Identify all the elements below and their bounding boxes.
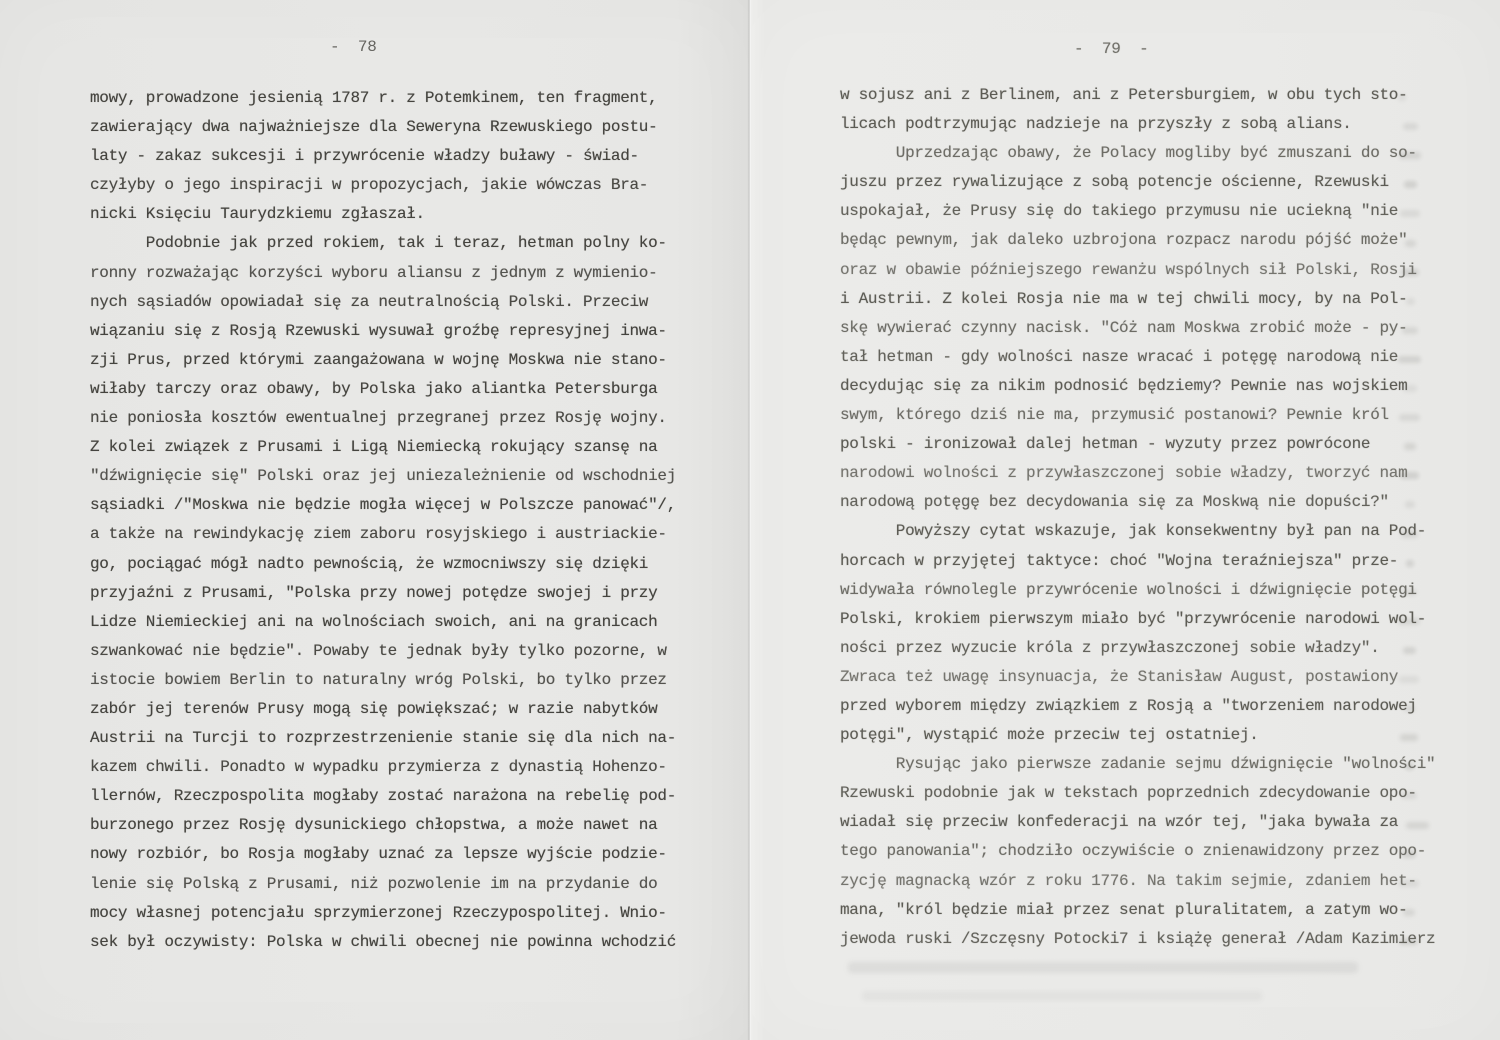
bleed-through-mark [1404,443,1416,450]
text-line: oraz w obawie późniejszego rewanżu wspól… [840,256,1435,285]
text-line: ności przez wyzucie króla z przywłaszczo… [840,634,1435,663]
text-line: jewoda ruski /Szczęsny Potocki7 i książę… [840,925,1435,954]
text-line: wiłaby tarczy oraz obawy, by Polska jako… [90,375,676,404]
text-line: Uprzedzając obawy, że Polacy mogliby być… [840,139,1435,168]
bleed-through-mark [1398,880,1419,887]
text-line: sek był oczywisty: Polska w chwili obecn… [90,928,676,957]
bleed-through-mark [1399,676,1419,683]
bleed-through-mark [1398,356,1421,363]
text-line: nowy rozbiór, bo Rosja mogłaby uznać za … [90,840,676,869]
text-line: narodowi wolności z przywłaszczonej sobi… [840,459,1435,488]
text-line: Powyższy cytat wskazuje, jak konsekwentn… [840,517,1435,546]
text-line: Lidze Niemieckiej ani na wolnościach swo… [90,608,676,637]
text-line: nych sąsiadów opowiadał się za neutralno… [90,288,676,317]
bleed-through-mark [1399,938,1418,945]
text-line: przed wyborem między związkiem z Rosją a… [840,692,1435,721]
bleed-through-mark [1402,589,1417,596]
text-line: swym, którego dziś nie ma, przymusić pos… [840,401,1435,430]
bleed-through-mark [1405,763,1414,770]
scanned-page-spread: - 78 - 79 - mowy, prowadzone jesienią 17… [0,0,1500,1040]
text-line: ronny rozważając korzyści wyboru aliansu… [90,259,676,288]
bleed-through-mark [1398,618,1420,625]
text-line: polski - ironizował dalej hetman - wyzut… [840,430,1435,459]
text-line: wiązaniu się z Rosją Rzewuski wysuwał gr… [90,317,676,346]
bleed-through-mark [1405,501,1415,508]
page-text-block-78: mowy, prowadzone jesienią 1787 r. z Pote… [90,84,676,957]
bleed-through-line [848,962,1358,973]
text-line: a także na rewindykację ziem zaboru rosy… [90,520,676,549]
bleed-through-mark [1401,792,1417,799]
bleed-through-mark [1399,414,1420,421]
text-line: nie poniosła kosztów ewentualnej przegra… [90,404,676,433]
bleed-through-mark [1404,181,1417,188]
text-line: kazem chwili. Ponadto w wypadku przymier… [90,753,676,782]
text-line: llernów, Rzeczpospolita mogłaby zostać n… [90,782,676,811]
page-text-block-79: w sojusz ani z Berlinem, ani z Petersbur… [840,81,1435,954]
bleed-through-line [862,991,1262,1001]
text-line: czyłyby o jego inspiracji w propozycjach… [90,171,676,200]
text-line: lenie się Polską z Prusami, niż pozwolen… [90,870,676,899]
text-line: i Austrii. Z kolei Rosja nie ma w tej ch… [840,285,1435,314]
text-line: istocie bowiem Berlin to naturalny wróg … [90,666,676,695]
text-line: wiadał się przeciw konfederacji na wzór … [840,808,1435,837]
text-line: zji Prus, przed którymi zaangażowana w w… [90,346,676,375]
bleed-through-mark [1406,822,1429,829]
bleed-through-mark [1401,269,1419,276]
text-line: laty - zakaz sukcesji i przywrócenie wła… [90,142,676,171]
bleed-through-mark [1399,152,1421,159]
text-line: mowy, prowadzone jesienią 1787 r. z Pote… [90,84,676,113]
text-line: Z kolei związek z Prusami i Ligą Niemiec… [90,433,676,462]
bleed-through-mark [1403,647,1416,654]
bleed-through-mark [1401,531,1418,538]
text-line: uspokajał, że Prusy się do takiego przym… [840,197,1435,226]
text-line: skę wywierać czynny nacisk. "Cóż nam Mos… [840,314,1435,343]
text-line: zawierający dwa najważniejsze dla Sewery… [90,113,676,142]
text-line: "dźwignięcie się" Polski oraz jej unieza… [90,462,676,491]
text-line: tał hetman - gdy wolności nasze wracać i… [840,343,1435,372]
text-line: tego panowania"; chodziło oczywiście o z… [840,837,1435,866]
bleed-through-mark [1406,560,1414,567]
bleed-through-mark [1400,734,1418,741]
text-line: Zwraca też uwagę insynuacja, że Stanisła… [840,663,1435,692]
text-line: widywała równolegle przywrócenie wolnośc… [840,576,1435,605]
bleed-through-mark [1402,327,1418,334]
text-line: zabór jej terenów Prusy mogą się powięks… [90,695,676,724]
bleed-through-mark [1402,851,1416,858]
bleed-through-mark [1404,705,1415,712]
text-line: będąc pewnym, jak daleko uzbrojona rozpa… [840,226,1435,255]
text-line: go, pociągać mógł nadto pewnością, że wz… [90,550,676,579]
text-line: przyjaźni z Prusami, "Polska przy nowej … [90,579,676,608]
text-line: burzonego przez Rosję dysunickiego chłop… [90,811,676,840]
bleed-through-mark [1400,472,1419,479]
text-line: decydując się za nikim podnosić będziemy… [840,372,1435,401]
text-line: szwankować nie będzie". Powaby te jednak… [90,637,676,666]
text-line: narodową potęgę bez decydowania się za M… [840,488,1435,517]
page-number-78: - 78 [330,38,377,56]
bleed-through-mark [1406,298,1415,305]
text-line: mana, "król będzie miał przez senat plur… [840,896,1435,925]
text-line: Podobnie jak przed rokiem, tak i teraz, … [90,229,676,258]
text-line: sąsiadki /"Moskwa nie będzie mogła więce… [90,491,676,520]
text-line: nicki Księciu Taurydzkiemu zgłaszał. [90,200,676,229]
page-seam [748,0,751,1040]
bleed-through-mark [1403,385,1417,392]
text-line: zycję magnacką wzór z roku 1776. Na taki… [840,867,1435,896]
bleed-through-mark [1400,210,1420,217]
bleed-through-mark [1398,94,1406,101]
bleed-through-mark [1403,123,1418,130]
text-line: w sojusz ani z Berlinem, ani z Petersbur… [840,81,1435,110]
text-line: Polski, krokiem pierwszym miało być "prz… [840,605,1435,634]
text-line: potęgi", wystąpić może przeciw tej ostat… [840,721,1435,750]
text-line: Rzewuski podobnie jak w tekstach poprzed… [840,779,1435,808]
text-line: mocy własnej potencjału sprzymierzonej R… [90,899,676,928]
text-line: horcach w przyjętej taktyce: choć "Wojna… [840,547,1435,576]
text-line: Rysując jako pierwsze zadanie sejmu dźwi… [840,750,1435,779]
bleed-through-mark [1405,240,1416,247]
text-line: licach podtrzymując nadzieje na przyszły… [840,110,1435,139]
text-line: Austrii na Turcji to rozprzestrzenienie … [90,724,676,753]
bleed-through-mark [1403,909,1415,916]
text-line: juszu przez rywalizujące z sobą potencje… [840,168,1435,197]
page-number-79: - 79 - [1074,40,1148,58]
